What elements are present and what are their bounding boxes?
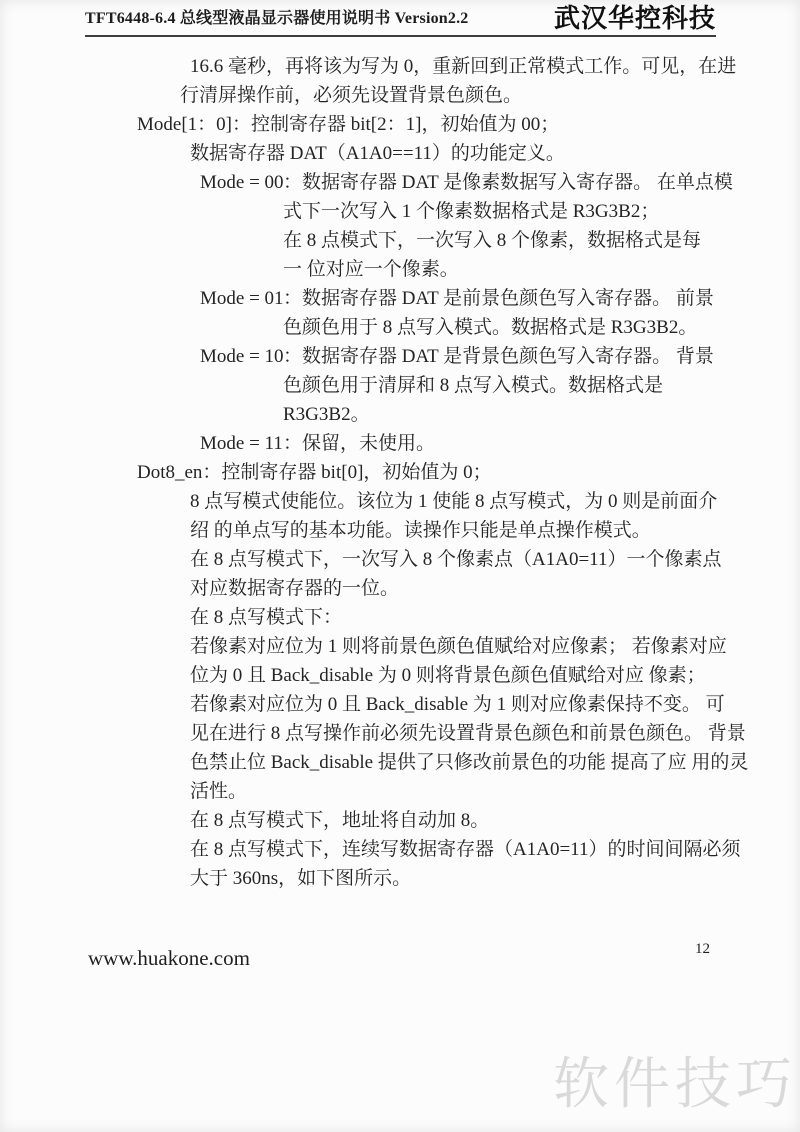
- page-header: TFT6448-6.4 总线型液晶显示器使用说明书 Version2.2 武汉华…: [85, 5, 716, 37]
- text-line: 数据寄存器 DAT（A1A0==11）的功能定义。: [190, 139, 800, 168]
- text-line: 绍 的单点写的基本功能。读操作只能是单点操作模式。: [190, 516, 800, 545]
- mode-text: ：保留，未使用。: [283, 433, 435, 454]
- mode-text: ：数据寄存器 DAT 是前景色颜色写入寄存器。 前景: [283, 288, 714, 309]
- text-line: 行清屏操作前，必须先设置背景色颜色。: [180, 81, 800, 110]
- text-line: 8 点写模式使能位。该位为 1 使能 8 点写模式，为 0 则是前面介: [190, 487, 800, 516]
- text-line: 在 8 点写模式下，一次写入 8 个像素点（A1A0=11）一个像素点: [190, 545, 800, 574]
- text-line: R3G3B2。: [283, 400, 800, 429]
- mode-label: Mode = 11: [200, 429, 283, 458]
- text-line: 在 8 点写模式下，连续写数据寄存器（A1A0=11）的时间间隔必须: [190, 835, 800, 864]
- text-line: 色禁止位 Back_disable 提供了只修改前景色的功能 提高了应 用的灵: [190, 748, 800, 777]
- text-line: 在 8 点写模式下：: [190, 603, 800, 632]
- mode-label: Mode = 10: [200, 342, 283, 371]
- text-line: Dot8_en：控制寄存器 bit[0]，初始值为 0；: [137, 458, 800, 487]
- text-line: Mode = 01：数据寄存器 DAT 是前景色颜色写入寄存器。 前景: [200, 284, 800, 313]
- doc-title: TFT6448-6.4 总线型液晶显示器使用说明书 Version2.2: [85, 5, 469, 32]
- text-line: Mode[1：0]：控制寄存器 bit[2：1]，初始值为 00；: [137, 110, 800, 139]
- footer-website: www.huakone.com: [88, 946, 250, 971]
- text-line: Mode = 11：保留，未使用。: [200, 429, 800, 458]
- document-body: 16.6 毫秒，再将该为写为 0，重新回到正常模式工作。可见，在进 行清屏操作前…: [0, 52, 800, 893]
- text-line: 一 位对应一个像素。: [283, 255, 800, 284]
- watermark-text: 软件技巧: [553, 1040, 797, 1120]
- text-line: 大于 360ns，如下图所示。: [190, 864, 800, 893]
- text-line: 若像素对应位为 0 且 Back_disable 为 1 则对应像素保持不变。 …: [190, 690, 800, 719]
- text-line: 色颜色用于清屏和 8 点写入模式。数据格式是: [283, 371, 800, 400]
- text-line: 位为 0 且 Back_disable 为 0 则将背景色颜色值赋给对应 像素；: [190, 661, 800, 690]
- mode-text: ：数据寄存器 DAT 是背景色颜色写入寄存器。 背景: [283, 346, 714, 367]
- text-line: Mode = 00：数据寄存器 DAT 是像素数据写入寄存器。 在单点模: [200, 168, 800, 197]
- mode-text: ：数据寄存器 DAT 是像素数据写入寄存器。 在单点模: [283, 172, 733, 193]
- text-line: 色颜色用于 8 点写入模式。数据格式是 R3G3B2。: [283, 313, 800, 342]
- text-line: 见在进行 8 点写操作前必须先设置背景色颜色和前景色颜色。 背景: [190, 719, 800, 748]
- document-page: TFT6448-6.4 总线型液晶显示器使用说明书 Version2.2 武汉华…: [0, 0, 800, 1132]
- text-line: 若像素对应位为 1 则将前景色颜色值赋给对应像素； 若像素对应: [190, 632, 800, 661]
- mode-label: Mode = 01: [200, 284, 283, 313]
- text-line: 式下一次写入 1 个像素数据格式是 R3G3B2；: [283, 197, 800, 226]
- page-number: 12: [695, 941, 710, 958]
- text-line: 在 8 点写模式下，地址将自动加 8。: [190, 806, 800, 835]
- mode-label: Mode = 00: [200, 168, 283, 197]
- text-line: 活性。: [190, 777, 800, 806]
- text-line: 在 8 点模式下，一次写入 8 个像素，数据格式是每: [283, 226, 800, 255]
- text-line: 对应数据寄存器的一位。: [190, 574, 800, 603]
- company-name: 武汉华控科技: [554, 6, 716, 32]
- text-line: 16.6 毫秒，再将该为写为 0，重新回到正常模式工作。可见，在进: [190, 52, 800, 81]
- text-line: Mode = 10：数据寄存器 DAT 是背景色颜色写入寄存器。 背景: [200, 342, 800, 371]
